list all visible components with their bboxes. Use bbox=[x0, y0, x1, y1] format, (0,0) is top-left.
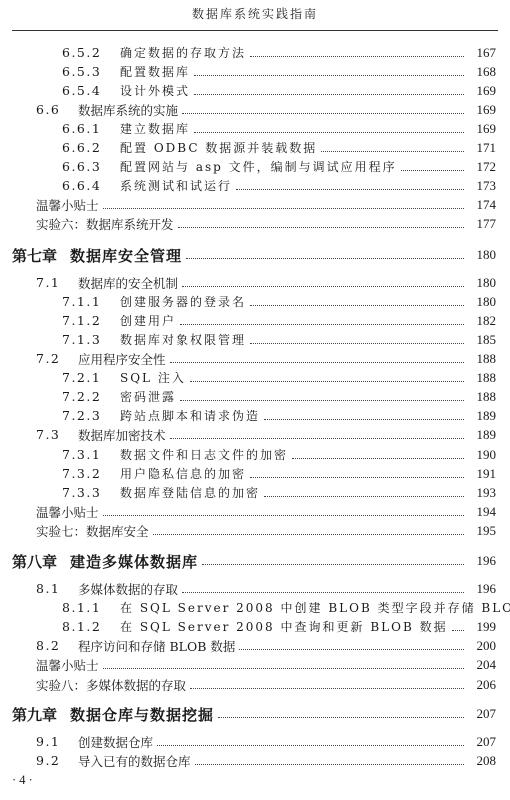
toc-entry-number: 6.5.4 bbox=[62, 83, 120, 98]
dot-leader bbox=[250, 55, 464, 57]
toc-entry-page: 169 bbox=[468, 102, 496, 118]
toc-entry-title: 数据仓库与数据挖掘 bbox=[70, 704, 214, 725]
toc-entry-number: 9.1 bbox=[36, 734, 78, 749]
toc-entry-title: 系统测试和试运行 bbox=[120, 177, 232, 194]
toc-entry-title: 确定数据的存取方法 bbox=[120, 44, 246, 61]
toc-entry-number: 第八章 bbox=[12, 551, 70, 572]
toc-entry: 7.2.1SQL 注入188 bbox=[0, 368, 510, 387]
toc-entry: 6.5.3配置数据库168 bbox=[0, 62, 510, 81]
toc-entry: 实验八：多媒体数据的存取206 bbox=[0, 675, 510, 694]
dot-leader bbox=[190, 380, 464, 382]
toc-entry-page: 171 bbox=[468, 140, 496, 156]
dot-leader bbox=[264, 418, 464, 420]
dot-leader bbox=[194, 131, 464, 133]
toc-entry: 9.1创建数据仓库207 bbox=[0, 732, 510, 751]
toc-entry-title: 配置网站与 asp 文件，编制与调试应用程序 bbox=[120, 158, 397, 175]
toc-entry: 6.6.3配置网站与 asp 文件，编制与调试应用程序172 bbox=[0, 157, 510, 176]
dot-leader bbox=[182, 591, 464, 593]
toc-entry-page: 189 bbox=[468, 408, 496, 424]
toc-entry-page: 182 bbox=[468, 313, 496, 329]
toc-entry-title: 实验七：数据库安全 bbox=[36, 522, 149, 540]
toc-entry-page: 200 bbox=[468, 638, 496, 654]
toc-entry-title: 设计外模式 bbox=[120, 82, 190, 99]
toc-chapter-entry: 第七章数据库安全管理180 bbox=[0, 243, 510, 267]
toc-entry-number: 6.6.2 bbox=[62, 140, 120, 155]
toc-entry-number: 7.3.1 bbox=[62, 447, 120, 462]
toc-entry: 7.2.3跨站点脚本和请求伪造189 bbox=[0, 406, 510, 425]
dot-leader bbox=[194, 74, 464, 76]
toc-entry: 6.6.4系统测试和试运行173 bbox=[0, 176, 510, 195]
dot-leader bbox=[182, 112, 464, 114]
toc-entry-title: 温馨小贴士 bbox=[36, 656, 99, 674]
toc-entry-page: 169 bbox=[468, 83, 496, 99]
toc-chapter-entry: 第九章数据仓库与数据挖掘207 bbox=[0, 702, 510, 726]
toc-entry-number: 6.5.3 bbox=[62, 64, 120, 79]
toc-entry-title: 数据库安全管理 bbox=[70, 245, 182, 266]
toc-entry-number: 8.1.1 bbox=[62, 600, 120, 615]
toc-entry-page: 173 bbox=[468, 178, 496, 194]
toc-entry: 6.6数据库系统的实施169 bbox=[0, 100, 510, 119]
toc-entry-number: 9.2 bbox=[36, 753, 78, 768]
toc-entry: 7.1.2创建用户182 bbox=[0, 311, 510, 330]
toc-entry-title: 温馨小贴士 bbox=[36, 196, 99, 214]
toc-entry: 6.5.4设计外模式169 bbox=[0, 81, 510, 100]
toc-entry: 温馨小贴士194 bbox=[0, 502, 510, 521]
toc-entry-page: 172 bbox=[468, 159, 496, 175]
toc-entry: 7.3.1数据文件和日志文件的加密190 bbox=[0, 445, 510, 464]
toc-entry-number: 6.5.2 bbox=[62, 45, 120, 60]
dot-leader bbox=[178, 226, 464, 228]
toc-entry-title: 建立数据库 bbox=[120, 120, 190, 137]
toc-entry-page: 168 bbox=[468, 64, 496, 80]
toc-entry-title: SQL 注入 bbox=[120, 369, 186, 386]
dot-leader bbox=[195, 763, 464, 765]
toc-entry: 实验六：数据库系统开发177 bbox=[0, 214, 510, 233]
toc-entry-number: 8.2 bbox=[36, 638, 78, 653]
toc-entry: 7.3.2用户隐私信息的加密191 bbox=[0, 464, 510, 483]
dot-leader bbox=[250, 476, 464, 478]
toc-entry-page: 177 bbox=[468, 216, 496, 232]
toc-entry-title: 创建用户 bbox=[120, 312, 176, 329]
toc-entry-number: 7.2.3 bbox=[62, 408, 120, 423]
toc-entry-title: 用户隐私信息的加密 bbox=[120, 465, 246, 482]
dot-leader bbox=[157, 744, 464, 746]
toc-entry-title: 温馨小贴士 bbox=[36, 503, 99, 521]
toc-entry-page: 188 bbox=[468, 351, 496, 367]
toc-entry-number: 第九章 bbox=[12, 704, 70, 725]
toc-entry-number: 6.6.3 bbox=[62, 159, 120, 174]
toc-entry-page: 204 bbox=[468, 657, 496, 673]
dot-leader bbox=[321, 150, 464, 152]
toc-entry-title: 多媒体数据的存取 bbox=[78, 580, 178, 598]
page-number: · 4 · bbox=[12, 773, 33, 788]
toc-entry-page: 196 bbox=[468, 553, 496, 569]
toc-entry-number: 7.1.3 bbox=[62, 332, 120, 347]
dot-leader bbox=[264, 495, 464, 497]
toc-entry-title: 导入已有的数据仓库 bbox=[78, 752, 191, 770]
toc-entry-page: 174 bbox=[468, 197, 496, 213]
toc-entry-page: 193 bbox=[468, 485, 496, 501]
toc-entry: 温馨小贴士174 bbox=[0, 195, 510, 214]
dot-leader bbox=[180, 323, 464, 325]
header-rule bbox=[12, 30, 498, 31]
toc-entry: 8.2程序访问和存储 BLOB 数据200 bbox=[0, 636, 510, 655]
running-head-title: 数据库系统实践指南 bbox=[0, 5, 510, 22]
toc-entry: 8.1多媒体数据的存取196 bbox=[0, 579, 510, 598]
toc-entry-title: 数据库登陆信息的加密 bbox=[120, 484, 260, 501]
toc-entry-page: 169 bbox=[468, 121, 496, 137]
toc-entry-title: 数据库对象权限管理 bbox=[120, 331, 246, 348]
toc-entry-title: 实验六：数据库系统开发 bbox=[36, 215, 174, 233]
toc-entry-number: 6.6.4 bbox=[62, 178, 120, 193]
toc-entry-page: 188 bbox=[468, 370, 496, 386]
dot-leader bbox=[292, 457, 464, 459]
dot-leader bbox=[236, 188, 464, 190]
toc-entry-number: 第七章 bbox=[12, 245, 70, 266]
toc-entry-page: 180 bbox=[468, 294, 496, 310]
toc-entry: 7.2.2密码泄露188 bbox=[0, 387, 510, 406]
toc-entry-page: 190 bbox=[468, 447, 496, 463]
toc-entry-title: 创建服务器的登录名 bbox=[120, 293, 246, 310]
dot-leader bbox=[194, 93, 464, 95]
toc-entry-number: 7.1 bbox=[36, 275, 78, 290]
toc-entry-number: 7.3.2 bbox=[62, 466, 120, 481]
toc-entry-page: 180 bbox=[468, 275, 496, 291]
dot-leader bbox=[180, 399, 464, 401]
toc-entry-page: 191 bbox=[468, 466, 496, 482]
toc-entry-page: 207 bbox=[468, 734, 496, 750]
toc-entry-page: 208 bbox=[468, 753, 496, 769]
toc-entry-title: 数据库的安全机制 bbox=[78, 274, 178, 292]
toc-entry-page: 180 bbox=[468, 247, 496, 263]
toc-entry: 实验七：数据库安全195 bbox=[0, 521, 510, 540]
toc-entry-title: 密码泄露 bbox=[120, 388, 176, 405]
toc-entry: 6.6.1建立数据库169 bbox=[0, 119, 510, 138]
dot-leader bbox=[452, 629, 464, 631]
toc-entry: 7.1.1创建服务器的登录名180 bbox=[0, 292, 510, 311]
toc-entry-page: 188 bbox=[468, 389, 496, 405]
toc-entry-number: 7.2.1 bbox=[62, 370, 120, 385]
toc-entry-title: 数据文件和日志文件的加密 bbox=[120, 446, 288, 463]
toc-entry-number: 7.3 bbox=[36, 427, 78, 442]
toc-chapter-entry: 第八章建造多媒体数据库196 bbox=[0, 549, 510, 573]
dot-leader bbox=[170, 437, 464, 439]
toc-entry-page: 189 bbox=[468, 427, 496, 443]
dot-leader bbox=[170, 361, 464, 363]
toc-entry-title: 配置数据库 bbox=[120, 63, 190, 80]
dot-leader bbox=[250, 304, 464, 306]
toc-entry: 6.6.2配置 ODBC 数据源并装载数据171 bbox=[0, 138, 510, 157]
toc-entry: 7.1数据库的安全机制180 bbox=[0, 273, 510, 292]
toc-entry-number: 7.3.3 bbox=[62, 485, 120, 500]
toc-entry-title: 创建数据仓库 bbox=[78, 733, 153, 751]
dot-leader bbox=[103, 667, 464, 669]
toc-entry: 9.2导入已有的数据仓库208 bbox=[0, 751, 510, 770]
toc-entry-title: 实验八：多媒体数据的存取 bbox=[36, 676, 186, 694]
toc-entry-title: 数据库加密技术 bbox=[78, 426, 166, 444]
toc-entry-page: 195 bbox=[468, 523, 496, 539]
toc-entry: 8.1.1在 SQL Server 2008 中创建 BLOB 类型字段并存储 … bbox=[0, 598, 510, 617]
dot-leader bbox=[239, 648, 464, 650]
dot-leader bbox=[401, 169, 464, 171]
toc-entry-title: 跨站点脚本和请求伪造 bbox=[120, 407, 260, 424]
dot-leader bbox=[250, 342, 464, 344]
toc-entry-page: 206 bbox=[468, 677, 496, 693]
toc-entry-title: 程序访问和存储 BLOB 数据 bbox=[78, 637, 235, 655]
toc-entry-page: 167 bbox=[468, 45, 496, 61]
toc-entry-title: 数据库系统的实施 bbox=[78, 101, 178, 119]
toc-entry-number: 6.6.1 bbox=[62, 121, 120, 136]
dot-leader bbox=[103, 207, 464, 209]
toc-entry: 7.3数据库加密技术189 bbox=[0, 425, 510, 444]
toc-entry-title: 应用程序安全性 bbox=[78, 350, 166, 368]
toc-entry-title: 在 SQL Server 2008 中查询和更新 BLOB 数据 bbox=[120, 618, 448, 635]
toc-entry: 7.1.3数据库对象权限管理185 bbox=[0, 330, 510, 349]
dot-leader bbox=[202, 563, 464, 565]
toc-entry-page: 199 bbox=[468, 619, 496, 635]
toc-entry: 8.1.2在 SQL Server 2008 中查询和更新 BLOB 数据199 bbox=[0, 617, 510, 636]
toc-entry: 7.2应用程序安全性188 bbox=[0, 349, 510, 368]
toc-entry-page: 194 bbox=[468, 504, 496, 520]
toc-entry-number: 7.1.2 bbox=[62, 313, 120, 328]
toc-entry: 7.3.3数据库登陆信息的加密193 bbox=[0, 483, 510, 502]
dot-leader bbox=[153, 533, 464, 535]
toc-entry-number: 6.6 bbox=[36, 102, 78, 117]
toc-entry-number: 7.2 bbox=[36, 351, 78, 366]
toc-entry-title: 建造多媒体数据库 bbox=[70, 551, 198, 572]
toc-entry-title: 在 SQL Server 2008 中创建 BLOB 类型字段并存储 BLOB … bbox=[120, 599, 510, 616]
dot-leader bbox=[218, 716, 464, 718]
toc-entry-page: 196 bbox=[468, 581, 496, 597]
dot-leader bbox=[186, 257, 464, 259]
dot-leader bbox=[103, 514, 464, 516]
toc-entry-title: 配置 ODBC 数据源并装载数据 bbox=[120, 139, 317, 156]
dot-leader bbox=[182, 285, 464, 287]
toc-entry-number: 8.1.2 bbox=[62, 619, 120, 634]
toc-entry: 6.5.2确定数据的存取方法167 bbox=[0, 43, 510, 62]
toc-entry-number: 8.1 bbox=[36, 581, 78, 596]
toc-entry: 温馨小贴士204 bbox=[0, 655, 510, 674]
toc-entry-number: 7.2.2 bbox=[62, 389, 120, 404]
toc-entry-page: 207 bbox=[468, 706, 496, 722]
toc-entry-number: 7.1.1 bbox=[62, 294, 120, 309]
toc-entry-page: 185 bbox=[468, 332, 496, 348]
dot-leader bbox=[190, 687, 464, 689]
